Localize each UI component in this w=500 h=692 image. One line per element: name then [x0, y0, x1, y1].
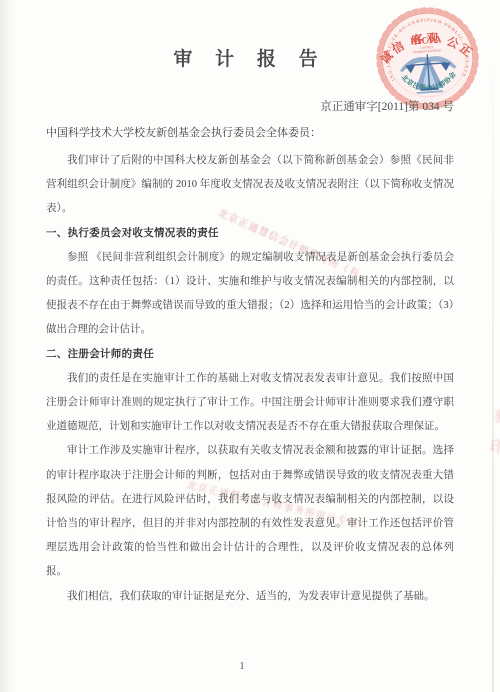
- document-title: 审 计 报 告: [46, 47, 454, 73]
- section-2-paragraph-1: 我们的责任是在实施审计工作的基础上对收支情况表发表审计意见。我们按照中国注册会计…: [46, 367, 454, 440]
- document-number: 京正通审字[2011]第 034 号: [46, 99, 454, 115]
- section-2-paragraph-2: 审计工作涉及实施审计程序，以获取有关收支情况表金额和披露的审计证据。选择的审计程…: [46, 439, 454, 584]
- section-2-heading: 二、注册会计师的责任: [46, 343, 454, 367]
- document-content: 审 计 报 告 京正通审字[2011]第 034 号 中国科学技术大学校友新创基…: [46, 0, 454, 609]
- addressee-line: 中国科学技术大学校友新创基金会执行委员会全体委员：: [46, 125, 454, 141]
- audit-report-page: 北京正通慧信会计师事务所（有 北京正通慧信会计师事务所审计专用 验 印 诚信 客…: [0, 0, 500, 692]
- document-body: 我们审计了后附的中国科大校友新创基金会（以下简称新创基金会）参照《民间非营利组织…: [46, 149, 454, 609]
- section-1-heading: 一、执行委员会对收支情况表的责任: [46, 222, 454, 246]
- section-2-paragraph-3: 我们相信，我们获取的审计证据是充分、适当的，为发表审计意见提供了基础。: [46, 585, 454, 609]
- paper-crease: [492, 0, 494, 692]
- section-1-paragraph-1: 参照 《民间非营利组织会计制度》的规定编制收支情况表是新创基金会执行委员会的责任…: [46, 246, 454, 343]
- paper-scan-edge: [0, 0, 16, 692]
- stamp-bleed-edge-fragment: 验 印: [485, 407, 500, 461]
- page-number: 1: [0, 660, 484, 672]
- intro-paragraph: 我们审计了后附的中国科大校友新创基金会（以下简称新创基金会）参照《民间非营利组织…: [46, 149, 454, 222]
